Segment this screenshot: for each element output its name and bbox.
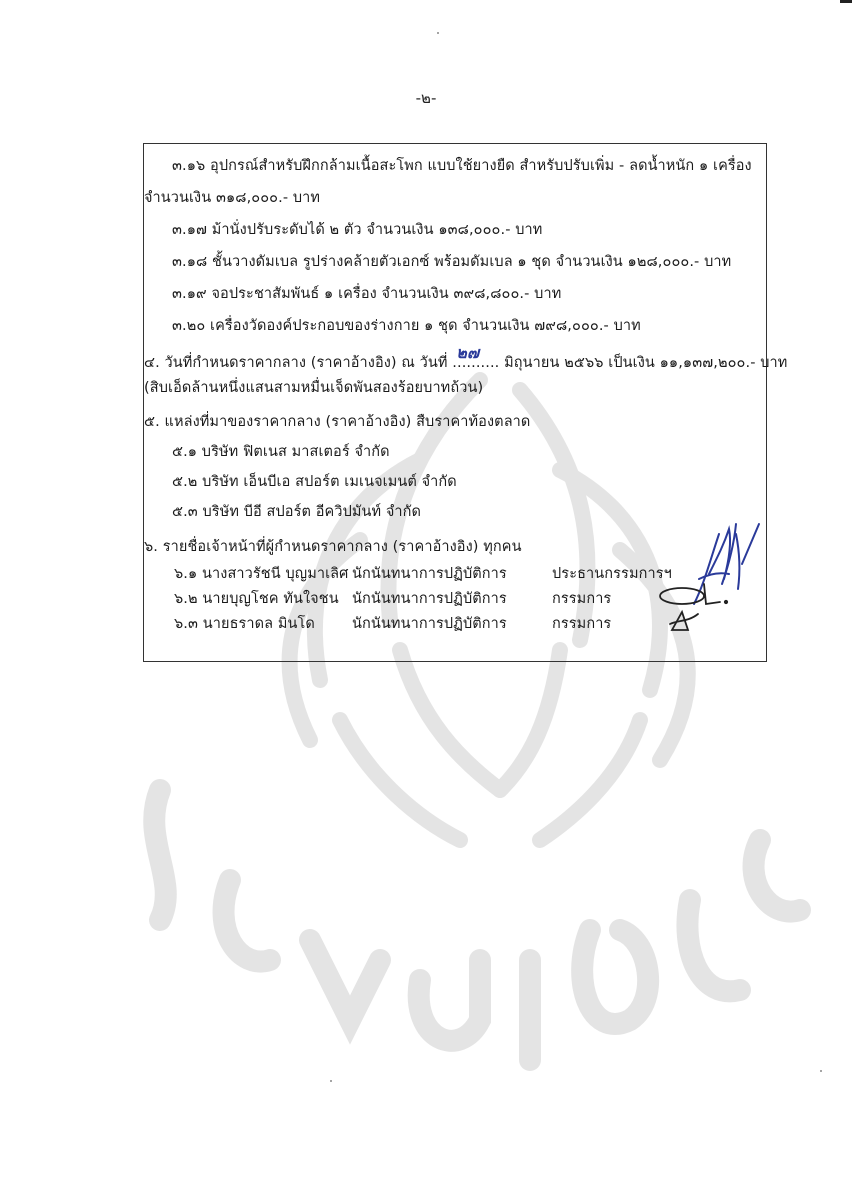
signature-member-3-icon xyxy=(664,606,704,636)
member-name: ๖.๓ นายธราดล มินโด xyxy=(174,612,315,635)
item-3-18: ๓.๑๘ ชั้นวางดัมเบล รูปร่างคล้ายตัวเอกซ์ … xyxy=(172,250,731,273)
signature-chair-icon xyxy=(674,494,764,634)
source-5-1: ๕.๑ บริษัท ฟิตเนส มาสเตอร์ จำกัด xyxy=(172,440,390,463)
item-3-17: ๓.๑๗ ม้านั่งปรับระดับได้ ๒ ตัว จำนวนเงิน… xyxy=(172,218,542,241)
source-5-3: ๕.๓ บริษัท บีอี สปอร์ต อีควิปมันท์ จำกัด xyxy=(172,500,421,523)
section-6-heading: ๖. รายชื่อเจ้าหน้าที่ผู้กำหนดราคากลาง (ร… xyxy=(144,535,522,558)
handwritten-day: ๒๗ xyxy=(456,341,479,366)
scan-speck xyxy=(437,32,439,34)
scan-speck xyxy=(820,1070,822,1072)
member-role: กรรมการ xyxy=(552,587,611,610)
section-4-suffix: มิถุนายน ๒๕๖๖ เป็นเงิน ๑๑,๑๓๗,๒๐๐.- บาท xyxy=(504,355,787,371)
member-role: ประธานกรรมการฯ xyxy=(552,562,672,585)
member-position: นักนันทนาการปฏิบัติการ xyxy=(352,612,507,635)
item-3-20: ๓.๒๐ เครื่องวัดองค์ประกอบของร่างกาย ๑ ชุ… xyxy=(172,314,641,337)
section-4-date-line: ๔. วันที่กำหนดราคากลาง (ราคาอ้างอิง) ณ ว… xyxy=(144,351,787,374)
member-role: กรรมการ xyxy=(552,612,611,635)
member-position: นักนันทนาการปฏิบัติการ xyxy=(352,562,507,585)
member-position: นักนันทนาการปฏิบัติการ xyxy=(352,587,507,610)
source-5-2: ๕.๒ บริษัท เอ็นบีเอ สปอร์ต เมเนจเมนต์ จำ… xyxy=(172,470,457,493)
section-4-prefix: ๔. วันที่กำหนดราคากลาง (ราคาอ้างอิง) ณ ว… xyxy=(144,355,448,371)
section-5-heading: ๕. แหล่งที่มาของราคากลาง (ราคาอ้างอิง) ส… xyxy=(144,410,530,433)
item-3-16-line2: จำนวนเงิน ๓๑๘,๐๐๐.- บาท xyxy=(144,186,320,209)
date-fill-field: .......... ๒๗ xyxy=(452,355,499,371)
scan-speck xyxy=(330,1080,332,1082)
price-details-box: ๓.๑๖ อุปกรณ์สำหรับฝึกกล้ามเนื้อสะโพก แบบ… xyxy=(143,143,767,662)
item-3-16-line1: ๓.๑๖ อุปกรณ์สำหรับฝึกกล้ามเนื้อสะโพก แบบ… xyxy=(172,154,752,177)
scan-edge-mark xyxy=(840,0,852,3)
item-3-19: ๓.๑๙ จอประชาสัมพันธ์ ๑ เครื่อง จำนวนเงิน… xyxy=(172,282,561,305)
page-number: -๒- xyxy=(0,86,852,110)
amount-in-words: (สิบเอ็ดล้านหนึ่งแสนสามหมื่นเจ็ดพันสองร้… xyxy=(144,376,483,399)
member-name: ๖.๒ นายบุญโชค ทันใจชน xyxy=(174,587,339,610)
member-name: ๖.๑ นางสาวรัชนี บุญมาเลิศ xyxy=(174,562,348,585)
